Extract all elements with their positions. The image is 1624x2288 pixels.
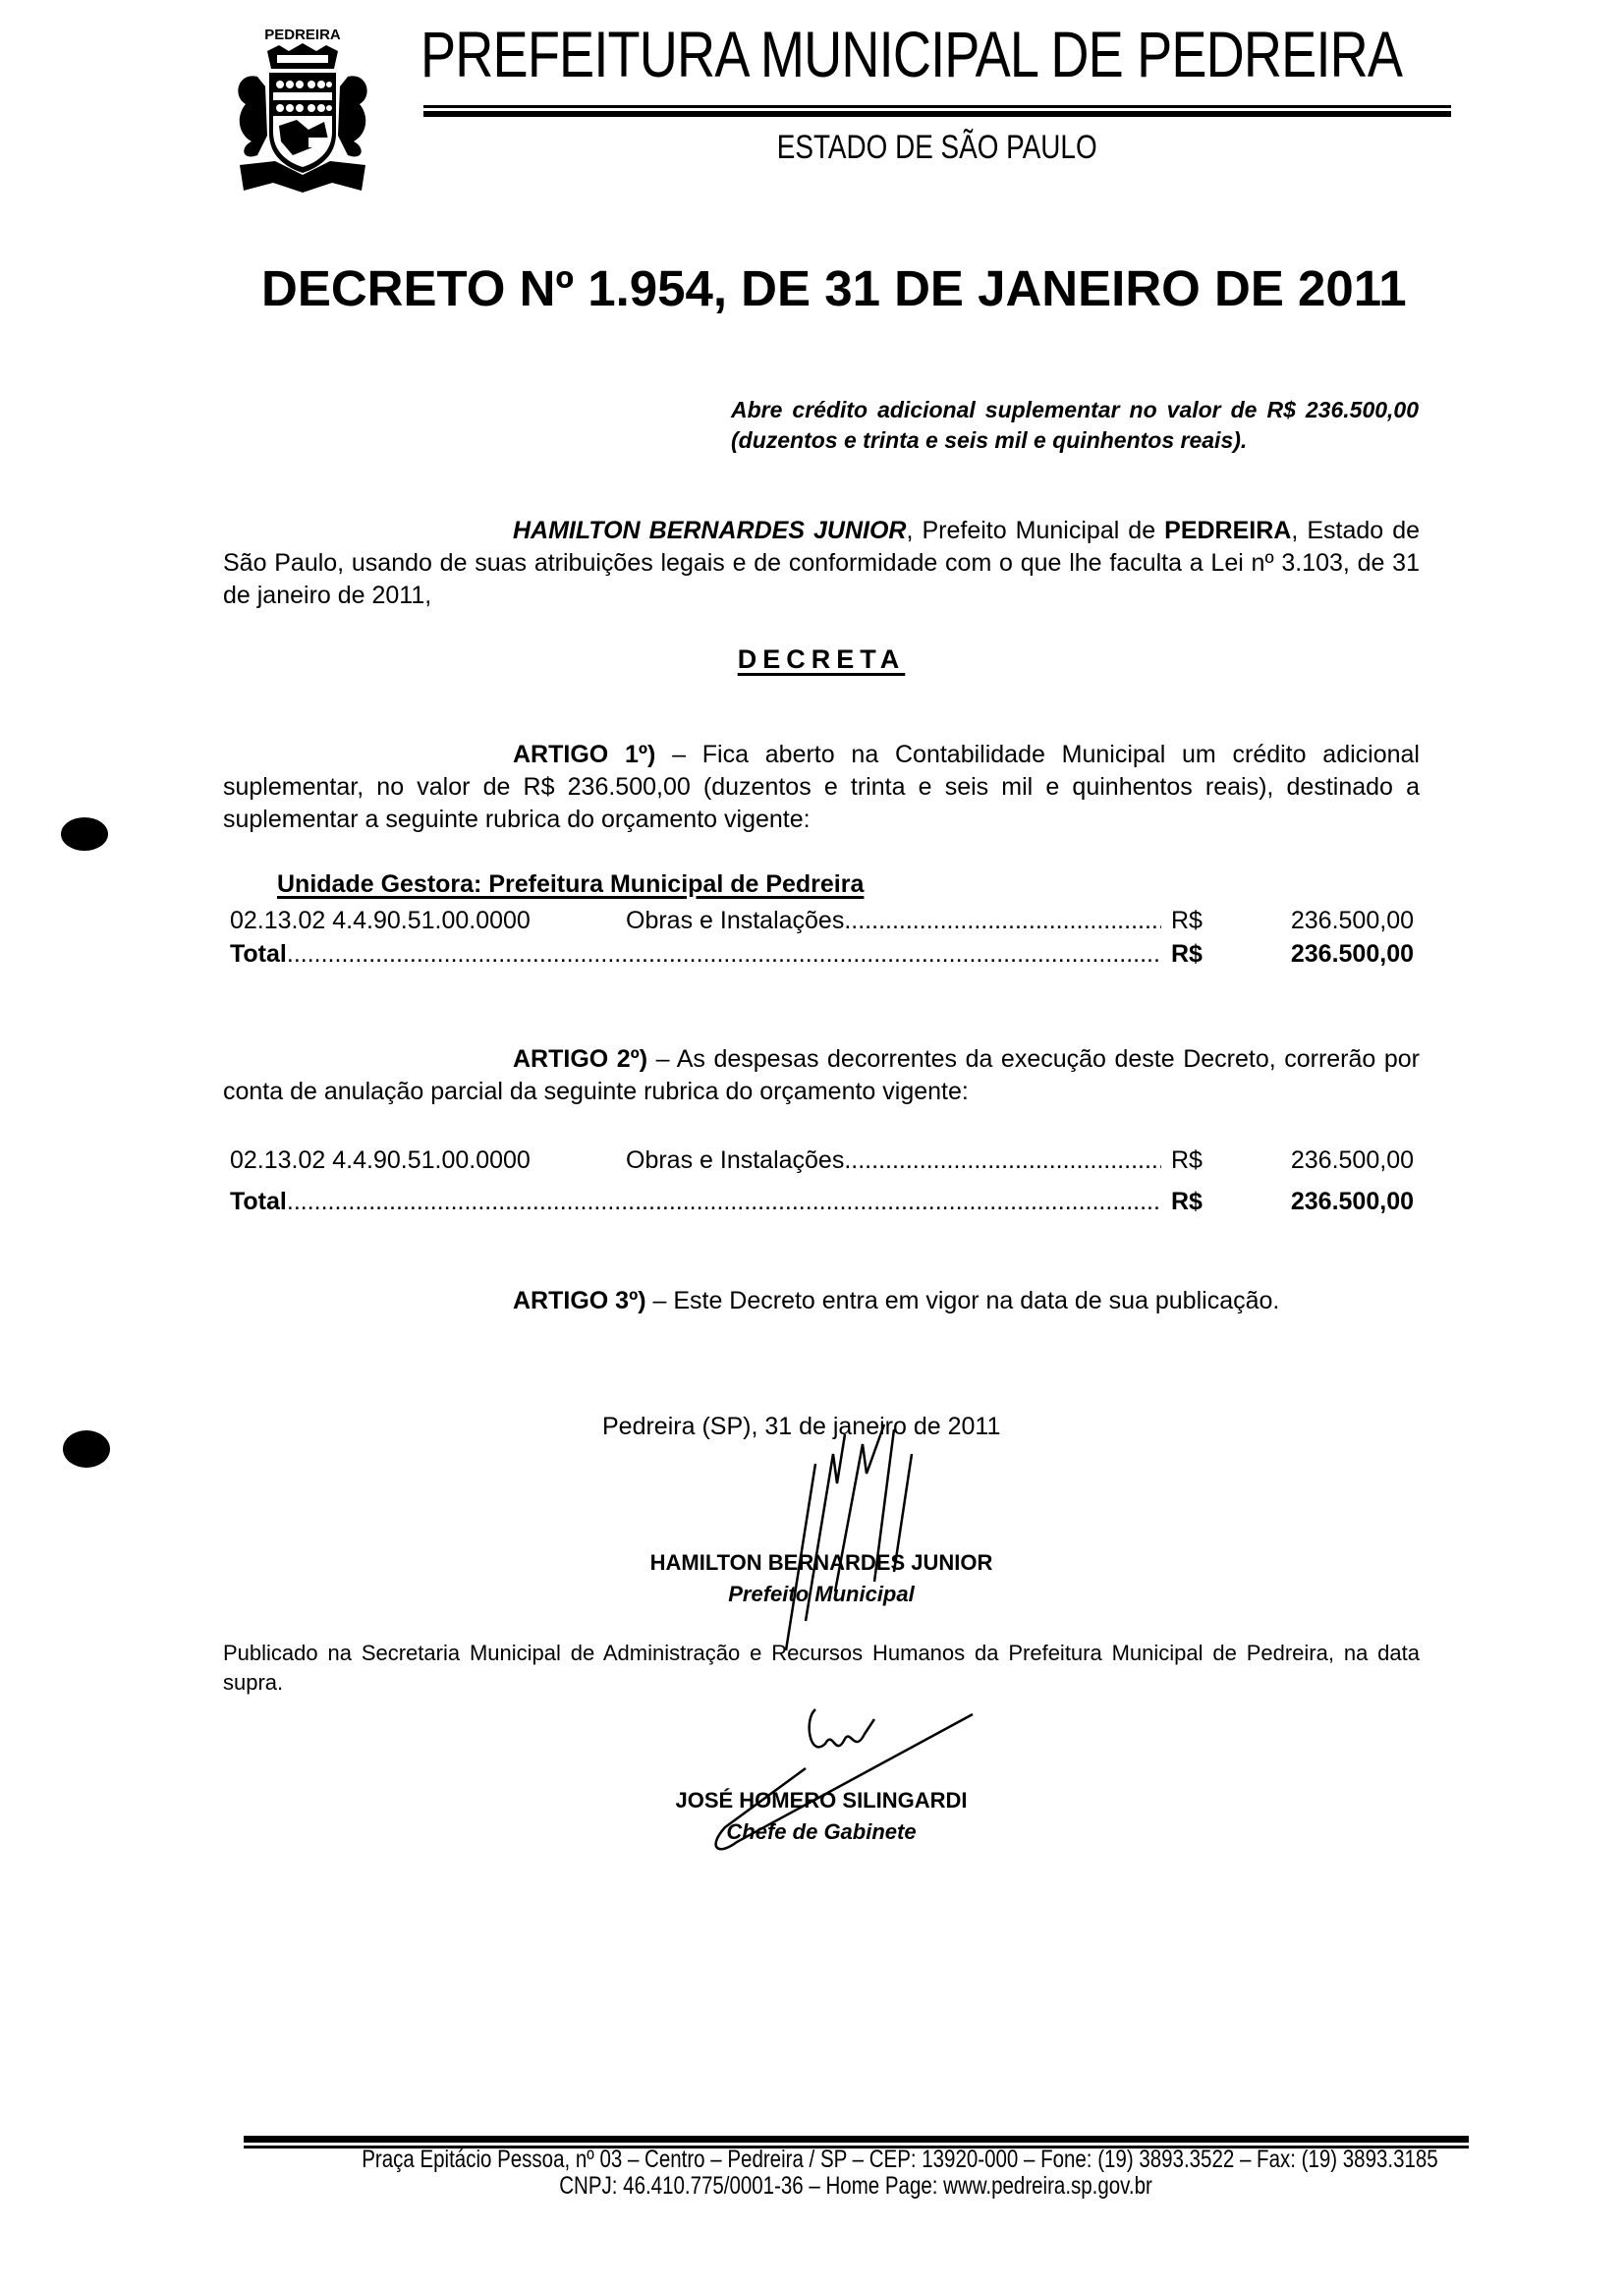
article-3-text: – Este Decreto entra em vigor na data de… <box>646 1287 1280 1314</box>
preamble-paragraph: HAMILTON BERNARDES JUNIOR, Prefeito Muni… <box>223 515 1420 612</box>
chief-role: Chefe de Gabinete <box>726 1819 916 1844</box>
budget-code: 02.13.02 4.4.90.51.00.0000 <box>230 1145 531 1175</box>
punch-hole-bottom <box>63 1430 110 1468</box>
decree-ementa: Abre crédito adicional suplementar no va… <box>731 395 1419 456</box>
total-currency: R$ <box>1171 1187 1203 1216</box>
letterhead-title: PREFEITURA MUNICIPAL DE PEDREIRA <box>420 22 1274 86</box>
total-currency: R$ <box>1171 939 1203 969</box>
footer-cnpj-web: CNPJ: 46.410.775/0001-36 – Home Page: ww… <box>244 2174 1469 2199</box>
chief-signature-role: Chefe de Gabinete <box>223 1821 1420 1844</box>
article-2-label: ARTIGO 2º) <box>513 1045 647 1073</box>
budget-code: 02.13.02 4.4.90.51.00.0000 <box>230 906 531 935</box>
total-row: Total...................................… <box>230 939 1414 969</box>
letterhead-rule-thick <box>423 111 1451 117</box>
svg-text:PEDREIRA: PEDREIRA <box>264 27 341 43</box>
letterhead-subtitle: ESTADO DE SÃO PAULO <box>423 131 1451 164</box>
article-3-label: ARTIGO 3º) <box>513 1287 646 1314</box>
managing-unit-title: Unidade Gestora: Prefeitura Municipal de… <box>277 872 864 897</box>
city-name-inline: PEDREIRA <box>1164 517 1291 544</box>
article-1-text: – Fica aberto na Contabilidade Municipal… <box>223 741 1420 833</box>
total-amount: 236.500,00 <box>1291 1187 1414 1216</box>
mayor-signature-role: Prefeito Municipal <box>223 1584 1420 1606</box>
chief-name: JOSÉ HOMERO SILINGARDI <box>675 1788 967 1813</box>
article-2-text: – As despesas decorrentes da execução de… <box>223 1045 1420 1105</box>
budget-amount: 236.500,00 <box>1291 906 1414 935</box>
budget-row: 02.13.02 4.4.90.51.00.0000 Obras e Insta… <box>230 1145 1414 1175</box>
decreta-heading: DECRETA <box>223 646 1420 673</box>
mayor-role: Prefeito Municipal <box>728 1582 914 1606</box>
publication-note: Publicado na Secretaria Municipal de Adm… <box>223 1639 1420 1698</box>
total-label: Total...................................… <box>230 939 1161 969</box>
mayor-signature-icon <box>747 1424 943 1660</box>
punch-hole-top <box>61 817 108 851</box>
municipal-crest-icon: PEDREIRA <box>218 18 387 195</box>
currency-label: R$ <box>1171 906 1203 935</box>
total-amount: 236.500,00 <box>1291 939 1414 969</box>
chief-signature-name: JOSÉ HOMERO SILINGARDI <box>223 1790 1420 1813</box>
letterhead-subtitle-text: ESTADO DE SÃO PAULO <box>777 131 1097 164</box>
budget-amount: 236.500,00 <box>1291 1145 1414 1175</box>
article-1-paragraph: ARTIGO 1º) – Fica aberto na Contabilidad… <box>223 739 1420 836</box>
article-3-paragraph: ARTIGO 3º) – Este Decreto entra em vigor… <box>223 1285 1420 1317</box>
mayor-signature-name: HAMILTON BERNARDES JUNIOR <box>223 1552 1420 1575</box>
footer-address-text: Praça Epitácio Pessoa, nº 03 – Centro – … <box>362 2148 1437 2172</box>
budget-description: Obras e Instalações.....................… <box>626 906 1161 935</box>
mayor-name-inline: HAMILTON BERNARDES JUNIOR <box>513 517 907 544</box>
letterhead-rule-thin <box>423 105 1451 108</box>
footer-rule-thick <box>244 2136 1469 2143</box>
preamble-text-1: , Prefeito Municipal de <box>907 517 1165 544</box>
total-label: Total...................................… <box>230 1187 1161 1216</box>
currency-label: R$ <box>1171 1145 1203 1175</box>
mayor-name: HAMILTON BERNARDES JUNIOR <box>650 1550 993 1575</box>
budget-description: Obras e Instalações.....................… <box>626 1145 1161 1175</box>
budget-row: 02.13.02 4.4.90.51.00.0000 Obras e Insta… <box>230 906 1414 935</box>
total-row: Total...................................… <box>230 1187 1414 1216</box>
article-1-label: ARTIGO 1º) <box>513 741 655 768</box>
footer-address: Praça Epitácio Pessoa, nº 03 – Centro – … <box>244 2148 1469 2172</box>
decreta-text: DECRETA <box>738 644 906 674</box>
article-2-paragraph: ARTIGO 2º) – As despesas decorrentes da … <box>223 1043 1420 1108</box>
footer-cnpj-text: CNPJ: 46.410.775/0001-36 – Home Page: ww… <box>560 2174 1153 2199</box>
decree-title: DECRETO Nº 1.954, DE 31 DE JANEIRO DE 20… <box>261 263 1407 313</box>
